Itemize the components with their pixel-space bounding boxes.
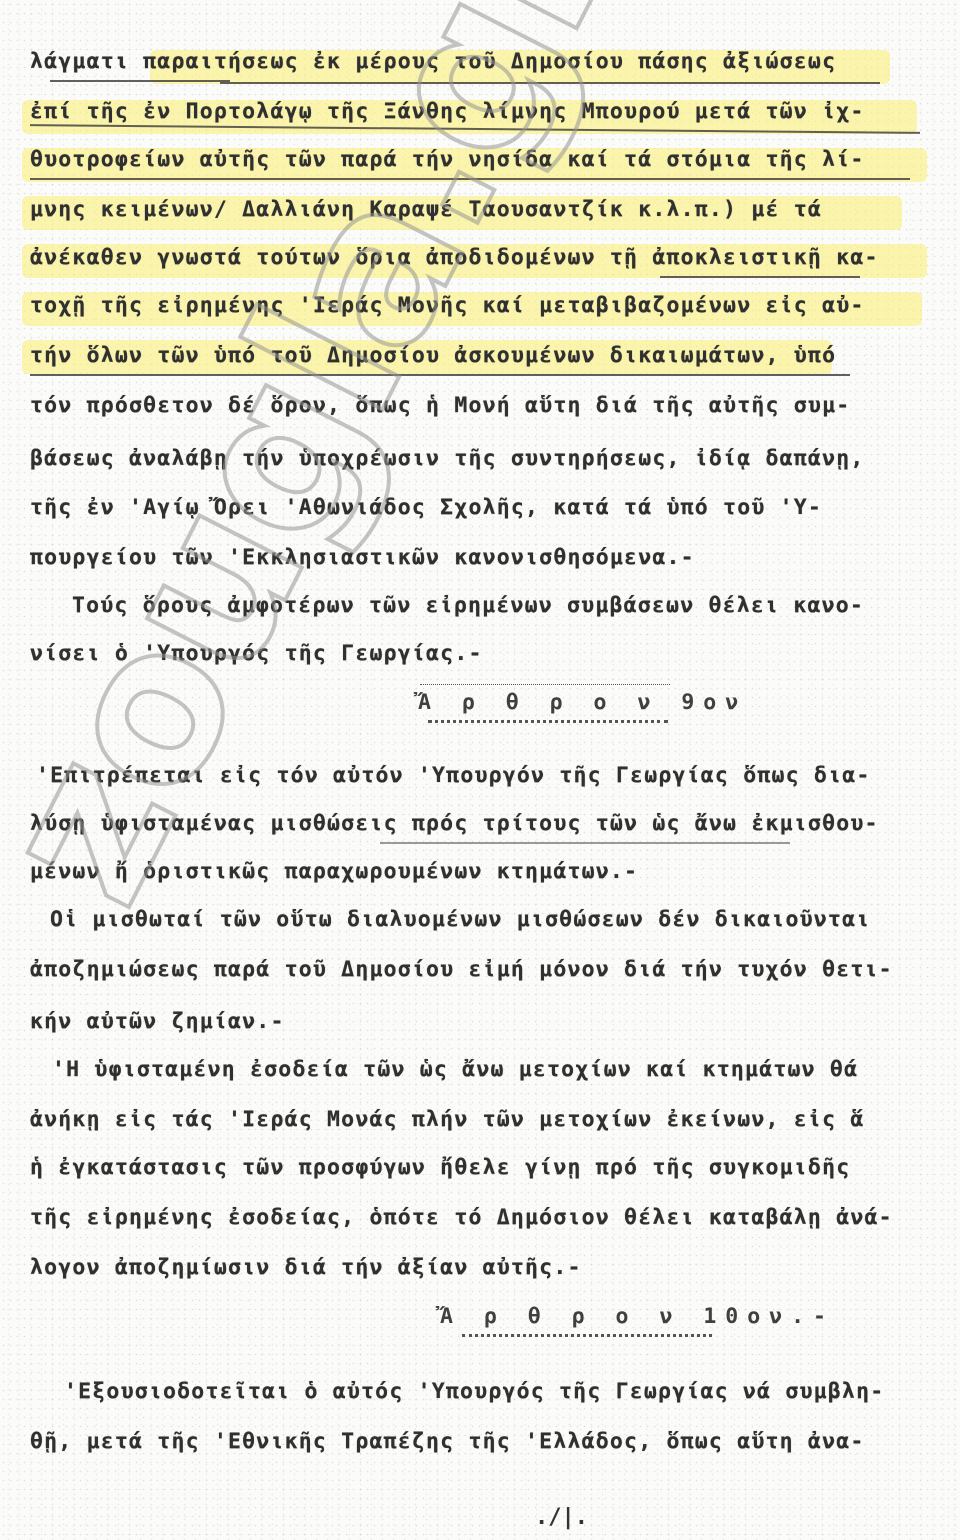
text-line: θυοτροφείων αὐτῆς τῶν παρά τήν νησίδα κα… (30, 146, 865, 174)
text-line: μνης κειμένων/ Δαλλιάνη Καραψέ Ταουσαντζ… (30, 196, 822, 224)
heading-dotted-rule (462, 1334, 712, 1337)
underline (660, 276, 860, 278)
document-page: λάγματι παραιτήσεως ἐκ μέρους τοῦ Δημοσί… (0, 0, 960, 1540)
text-line: ἀποζημιώσεως παρά τοῦ Δημοσίου εἰμή μόνο… (30, 956, 893, 984)
text-line: Τούς ὅρους ἀμφοτέρων τῶν εἰρημένων συμβά… (72, 592, 864, 620)
heading-dotted-rule (428, 720, 668, 723)
text-line: τήν ὅλων τῶν ὑπό τοῦ Δημοσίου ἀσκουμένων… (30, 342, 836, 370)
text-line: ἀνήκῃ εἰς τάς 'Ιεράς Μονάς πλήν τῶν μετο… (30, 1106, 865, 1134)
underline (30, 178, 910, 180)
text-line: ἀνέκαθεν γνωστά τούτων ὅρια ἀποδιδομένων… (30, 244, 879, 272)
text-line: 'Η ὑφισταμένη ἐσοδεία τῶν ὡς ἄνω μετοχίω… (52, 1056, 858, 1084)
underline (220, 82, 880, 84)
text-line: Οἱ μισθωταί τῶν οὕτω διαλυομένων μισθώσε… (50, 906, 870, 934)
text-line: λογον ἀποζημίωσιν διά τήν ἀξίαν αὐτῆς.- (30, 1254, 582, 1282)
text-line: λάγματι παραιτήσεως ἐκ μέρους τοῦ Δημοσί… (30, 48, 836, 76)
text-line: μένων ἤ ὁριστικῶς παραχωρουμένων κτημάτω… (30, 858, 638, 886)
text-line: πουργείου τῶν 'Εκκλησιαστικῶν κανονισθησ… (30, 544, 695, 572)
heading-dotted-rule (420, 684, 670, 685)
underline (30, 374, 850, 376)
text-line: τῆς εἰρημένης ἐσοδείας, ὁπότε τό Δημόσιο… (30, 1204, 893, 1232)
text-line: ἐπί τῆς ἐν Πορτολάγῳ τῆς Ξάνθης λίμνης Μ… (30, 98, 865, 126)
text-line: τόν πρόσθετον δέ ὅρον, ὅπως ἡ Μονή αὕτη … (30, 392, 850, 420)
text-line: λύσῃ ὑφισταμένας μισθώσεις πρός τρίτους … (30, 810, 879, 838)
text-line: 'Επιτρέπεται εἰς τόν αὐτόν 'Υπουργόν τῆς… (36, 762, 871, 790)
text-line: νίσει ὁ 'Υπουργός τῆς Γεωργίας.- (30, 640, 483, 668)
page-continuation-mark: ./|. (535, 1505, 588, 1530)
text-line: βάσεως ἀναλάβῃ τήν ὑποχρέωσιν τῆς συντηρ… (30, 445, 865, 473)
text-line: τοχῇ τῆς εἰρημένης 'Ιεράς Μονῆς καί μετα… (30, 292, 865, 320)
text-line: 'Εξουσιοδοτεῖται ὁ αὐτός 'Υπουργός τῆς Γ… (64, 1378, 884, 1406)
underline (50, 80, 230, 82)
text-line: θῇ, μετά τῆς 'Εθνικῆς Τραπέζης τῆς 'Ελλά… (30, 1428, 865, 1456)
article-10-heading: Ἄ ρ θ ρ ο ν 10ον.- (440, 1304, 835, 1329)
text-line: κήν αὐτῶν ζημίαν.- (30, 1008, 285, 1036)
text-line: ἡ ἐγκατάστασις τῶν προσφύγων ἤθελε γίνῃ … (30, 1154, 850, 1182)
text-line: τῆς ἐν 'Αγίῳ Ὄρει 'Αθωνιάδος Σχολῆς, κατ… (30, 494, 822, 522)
article-9-heading: Ἄ ρ θ ρ ο ν 9ον (418, 690, 747, 715)
underline (380, 842, 790, 844)
